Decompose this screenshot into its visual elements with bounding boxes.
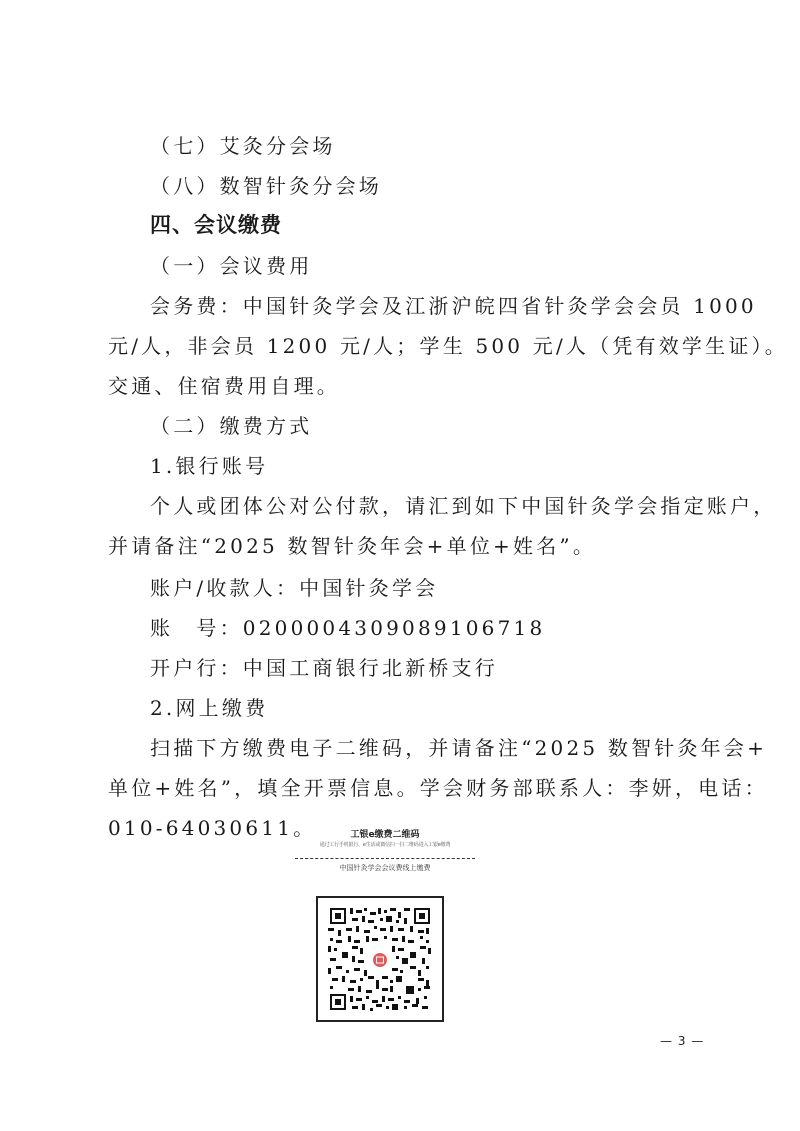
section-heading-payment: 四、会议缴费 <box>150 212 740 238</box>
bank-instructions-line-1: 个人或团体公对公付款，请汇到如下中国针灸学会指定账户， <box>150 493 698 519</box>
document-page: （七）艾灸分会场 （八）数智针灸分会场 四、会议缴费 （一）会议费用 会务费：中… <box>0 0 800 1131</box>
subsection-digital-acupuncture-venue: （八）数智针灸分会场 <box>150 173 740 199</box>
subsection-moxibustion-venue: （七）艾灸分会场 <box>150 133 740 159</box>
qr-code-icon <box>318 898 442 1020</box>
fee-paragraph-line-1: 会务费：中国针灸学会及江浙沪皖四省针灸学会会员 1000 <box>150 293 698 319</box>
qr-title: 工银e缴费二维码 <box>290 830 480 841</box>
bank-account-title: 1.银行账号 <box>150 453 740 479</box>
qr-label: 中国针灸学会会议费线上缴费 <box>290 863 480 873</box>
online-instructions-line-2: 单位+姓名”，填全开票信息。学会财务部联系人：李妍，电话： <box>108 775 698 801</box>
fee-paragraph-line-3: 交通、住宿费用自理。 <box>108 373 698 399</box>
bank-branch: 开户行：中国工商银行北新桥支行 <box>150 655 740 681</box>
qr-divider <box>295 858 475 859</box>
online-payment-title: 2.网上缴费 <box>150 695 740 721</box>
account-number: 账 号：0200004309089106718 <box>150 615 740 641</box>
fee-paragraph-line-2: 元/人，非会员 1200 元/人；学生 500 元/人（凭有效学生证）。 <box>108 333 698 359</box>
online-instructions-line-1: 扫描下方缴费电子二维码，并请备注“2025 数智针灸年会+ <box>150 735 698 761</box>
page-number: — 3 — <box>660 1034 704 1048</box>
qr-subtitle: 通过工行手机银行、e生活或微信扫一扫二维码进入工银e缴费 <box>290 841 480 849</box>
payee-name: 账户/收款人：中国针灸学会 <box>150 575 740 601</box>
qr-payment-card: 工银e缴费二维码 通过工行手机银行、e生活或微信扫一扫二维码进入工银e缴费 中国… <box>290 830 480 873</box>
bank-instructions-line-2: 并请备注“2025 数智针灸年会+单位+姓名”。 <box>108 533 698 559</box>
subsection-conference-fees: （一）会议费用 <box>150 253 740 279</box>
payment-qr-code[interactable] <box>316 896 444 1022</box>
bank-logo-icon <box>373 953 387 967</box>
subsection-payment-methods: （二）缴费方式 <box>150 413 740 439</box>
